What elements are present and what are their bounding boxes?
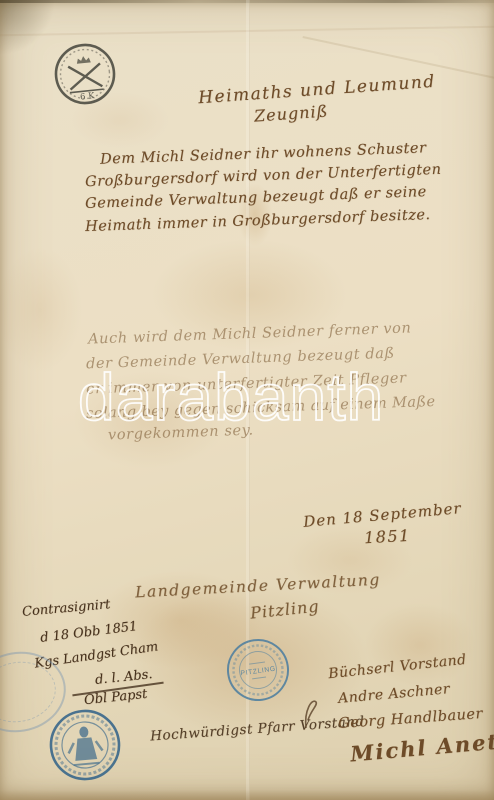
signature-title: Büchserl Vorstand — [328, 652, 468, 682]
body-paragraph1-line: Heimath immer in Großburgersdorf besitze… — [85, 207, 431, 235]
issuer-place: Pitzling — [249, 596, 320, 622]
pitzling-stamp-text: PITZLING — [240, 666, 276, 678]
parish-seal-stamp-icon — [45, 705, 125, 785]
date-line: Den 18 September — [303, 499, 463, 531]
registration-note-line: Contrasignirt — [22, 597, 111, 620]
revenue-stamp-value: 6 K — [80, 91, 96, 103]
pitzling-municipal-stamp-icon: PITZLING — [220, 632, 297, 709]
signature-name: Georg Handlbauer — [338, 706, 484, 732]
auction-house-watermark: darabanth — [76, 362, 428, 438]
clergy-attestation-line: Hochwürdigst Pfarr Vorstand — [150, 714, 365, 745]
scanned-document: 6 K Heimaths und Leumund Zeugniß Dem Mic… — [0, 0, 494, 800]
signature-name-large: Michl Anet — [349, 729, 494, 767]
date-year: 1851 — [364, 526, 412, 547]
document-title-line2: Zeugniß — [253, 101, 328, 125]
revenue-stamp-6k-icon: 6 K — [49, 38, 122, 111]
scan-bottom-edge — [0, 790, 494, 800]
ink-flourish — [302, 696, 320, 730]
signature-name: Andre Aschner — [338, 681, 451, 707]
registration-note-line: d 18 Obb 1851 — [39, 619, 138, 646]
issuer-line: Landgemeinde Verwaltung — [135, 571, 381, 602]
watermark-text: darabanth — [78, 362, 384, 434]
